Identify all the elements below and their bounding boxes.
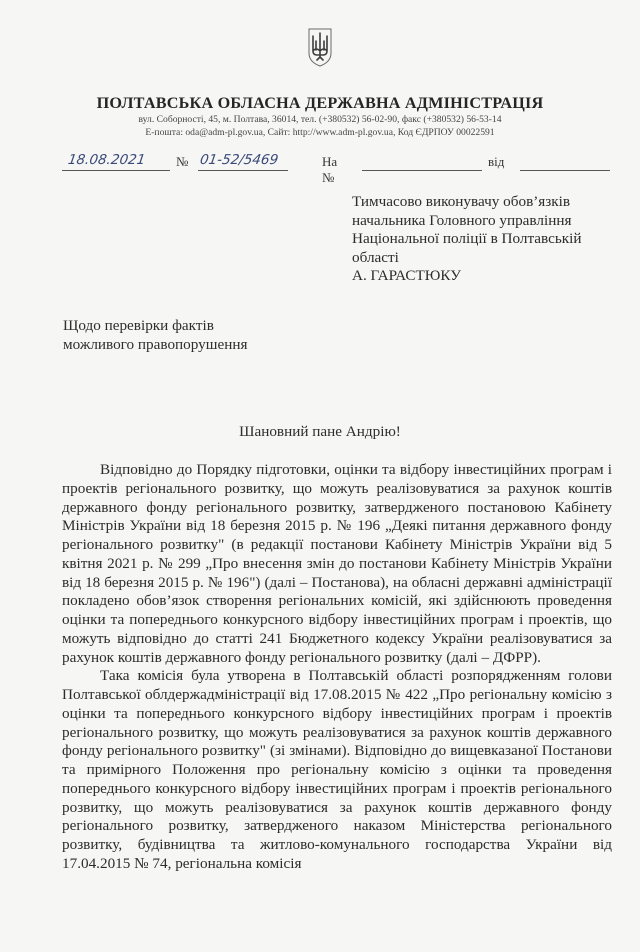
addressee-line: Національної поліції в Полтавській [352, 230, 632, 249]
organization-name: ПОЛТАВСЬКА ОБЛАСНА ДЕРЖАВНА АДМІНІСТРАЦІ… [0, 94, 640, 113]
trident-coat-of-arms-icon [307, 27, 333, 67]
outgoing-date: 18.08.2021 [67, 152, 147, 168]
subject-line: можливого правопорушення [63, 336, 363, 355]
number-label: № [176, 154, 188, 170]
addressee-line: начальника Головного управління [352, 212, 632, 231]
reply-to-number-field [362, 148, 482, 171]
body-paragraph: Відповідно до Порядку підготовки, оцінки… [62, 461, 612, 667]
addressee-line: Тимчасово виконувачу обов’язків [352, 193, 632, 212]
salutation: Шановний пане Андрію! [0, 423, 640, 441]
reply-to-date-field [520, 148, 610, 171]
from-label: від [488, 154, 504, 170]
subject-line: Щодо перевірки фактів [63, 317, 363, 336]
organization-contacts: E-пошта: oda@adm-pl.gov.ua, Сайт: http:/… [0, 127, 640, 138]
body-paragraph: Така комісія була утворена в Полтавській… [62, 667, 612, 873]
outgoing-number-field: 01-52/5469 [198, 148, 288, 171]
outgoing-date-field: 18.08.2021 [62, 148, 170, 171]
addressee-block: Тимчасово виконувачу обов’язків начальни… [352, 193, 632, 286]
addressee-name: А. ГАРАСТЮКУ [352, 267, 632, 286]
letter-body: Відповідно до Порядку підготовки, оцінки… [62, 461, 612, 874]
organization-address: вул. Соборності, 45, м. Полтава, 36014, … [0, 114, 640, 125]
letter-page: ПОЛТАВСЬКА ОБЛАСНА ДЕРЖАВНА АДМІНІСТРАЦІ… [0, 0, 640, 952]
outgoing-number: 01-52/5469 [199, 152, 279, 168]
reply-to-label: На № [322, 154, 337, 186]
subject-block: Щодо перевірки фактів можливого правопор… [63, 317, 363, 354]
addressee-line: області [352, 249, 632, 268]
